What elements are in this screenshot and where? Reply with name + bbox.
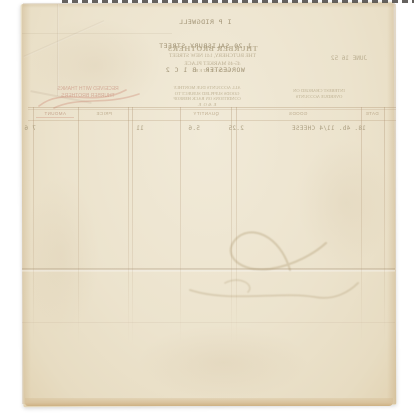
row-cell: 5.6 <box>185 125 203 132</box>
paper-edge-left <box>22 4 31 404</box>
column-header-price: PRICE <box>84 111 124 116</box>
table-top-rule <box>28 107 396 108</box>
row-cell-amount: 7 6 <box>22 125 38 132</box>
table-top-rule <box>28 109 396 110</box>
row-cell-price: 2.25 <box>226 125 246 132</box>
recipient-line: I P RIDGWELL <box>130 18 280 26</box>
scanned-invoice-page: I P RIDGWELL 1 20 SALISBURY STREET WORCE… <box>0 0 416 416</box>
table-header-rule <box>28 120 396 121</box>
row-cell-day: 18. <box>352 125 368 132</box>
ghost-signature <box>130 195 360 315</box>
invoice-date: JUNE 16 52 <box>328 55 370 62</box>
row-cell: 11 <box>134 125 146 132</box>
column-header-quantity: QUANTITY <box>184 111 228 116</box>
vendor-address-line: WORCESTER <box>145 68 280 74</box>
table-column-line <box>384 107 385 365</box>
vendor-address-line: 45-46 MARKET PLACE <box>145 61 280 69</box>
vendor-letterhead-block: THURBER BROTHERS THE BUTCHERY, 141 NEW S… <box>145 44 280 74</box>
row-cell-description: 4b. 11/4 CHEESE <box>290 125 352 132</box>
vendor-address-line: THE BUTCHERY, 141 NEW STREET <box>145 53 280 61</box>
fine-print-center: ALL ACCOUNTS DUE MONTHLY GOODS SUPPLIED … <box>158 85 256 107</box>
column-header-amount: AMOUNT <box>34 111 76 116</box>
table-column-line <box>78 107 79 365</box>
vendor-name: THURBER BROTHERS <box>145 44 280 53</box>
table-column-line <box>128 107 129 365</box>
column-header-goods: GOODS <box>274 111 322 116</box>
table-column-line <box>33 107 34 365</box>
header-red-underline <box>36 117 74 118</box>
fine-print-line: OVERDUE ACCOUNTS <box>274 94 364 100</box>
paper-edge-bottom <box>25 398 393 406</box>
paper-edge-right <box>387 4 396 404</box>
column-header-date: DATE <box>362 111 382 116</box>
fine-print-right: INTEREST CHARGED ON OVERDUE ACCOUNTS <box>274 88 364 99</box>
table-column-line <box>361 107 362 365</box>
